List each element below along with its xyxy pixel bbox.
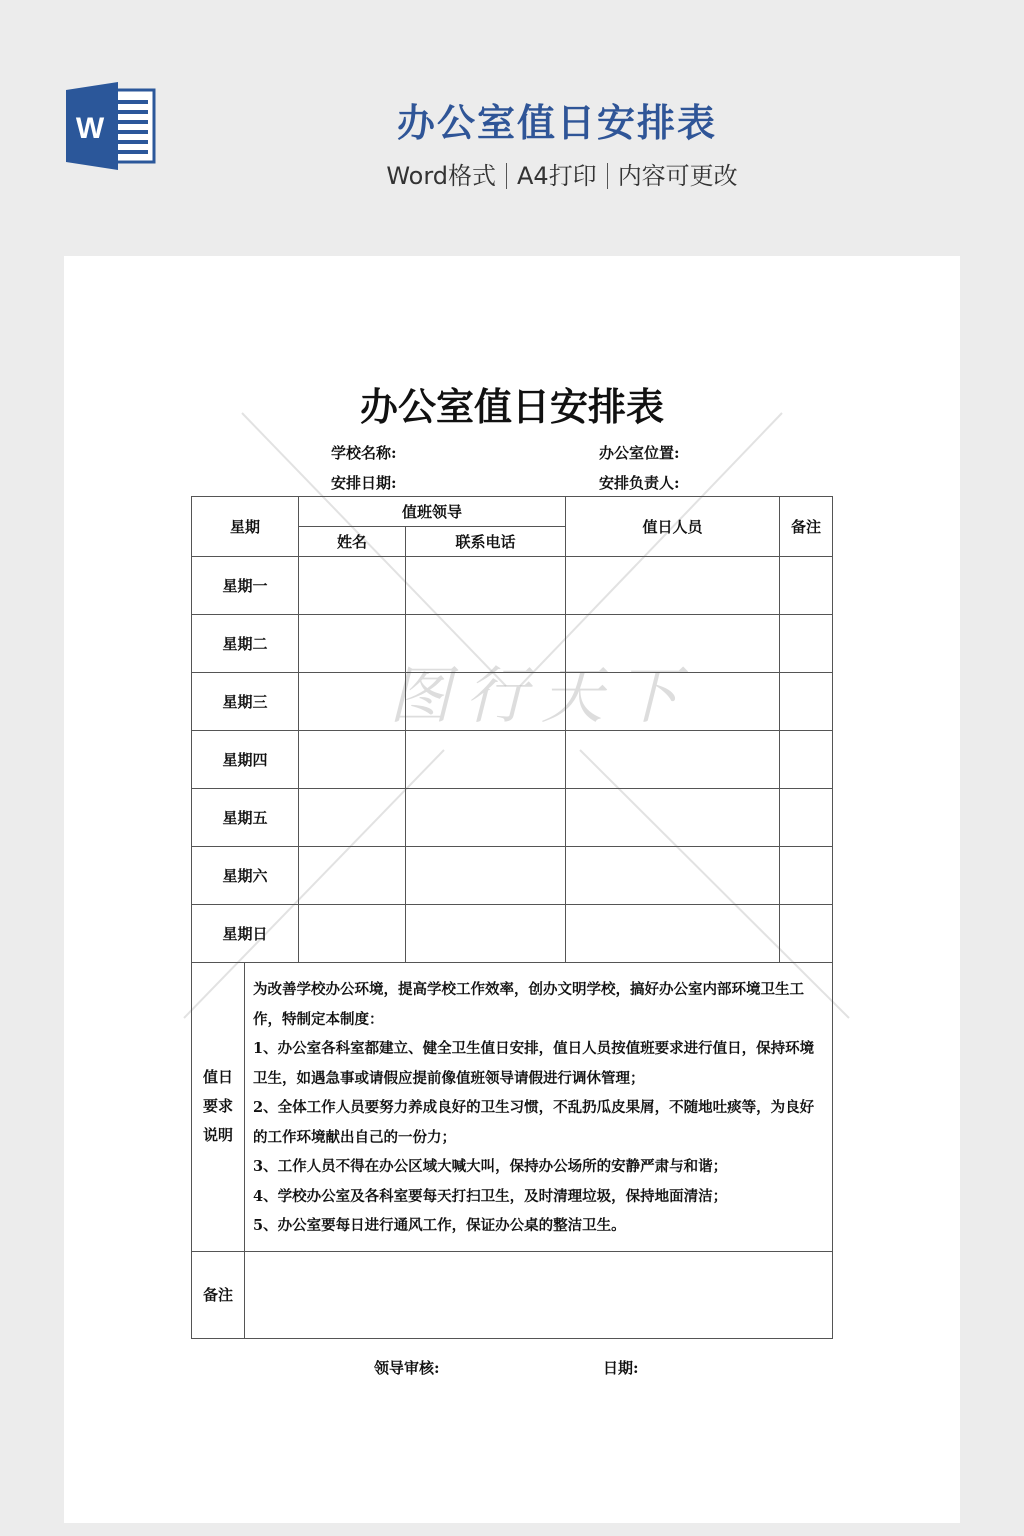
duty-staff-cell[interactable]: [566, 673, 780, 731]
leader-review-label: 领导审核:: [374, 1357, 440, 1378]
leader-phone-cell[interactable]: [406, 905, 566, 963]
remarks-cell[interactable]: [780, 905, 833, 963]
remarks-cell[interactable]: [780, 789, 833, 847]
school-name-label: 学校名称:: [331, 442, 397, 463]
table-row: 星期四: [192, 731, 833, 789]
duty-staff-cell[interactable]: [566, 789, 780, 847]
duty-staff-cell[interactable]: [566, 615, 780, 673]
subtitle-format: Word格式: [386, 162, 496, 190]
document-page: 图行天下 办公室值日安排表 学校名称: 办公室位置: 安排日期: 安排负责人: …: [64, 256, 960, 1523]
duty-staff-cell[interactable]: [566, 557, 780, 615]
weekday-cell: 星期二: [192, 615, 299, 673]
leader-phone-cell[interactable]: [406, 847, 566, 905]
weekday-cell: 星期四: [192, 731, 299, 789]
weekday-cell: 星期五: [192, 789, 299, 847]
leader-name-cell[interactable]: [299, 789, 406, 847]
leader-name-cell[interactable]: [299, 731, 406, 789]
leader-name-cell[interactable]: [299, 847, 406, 905]
duty-staff-cell[interactable]: [566, 847, 780, 905]
requirements-intro: 为改善学校办公环境，提高学校工作效率，创办文明学校，搞好办公室内部环境卫生工作，…: [253, 975, 826, 1034]
weekday-cell: 星期三: [192, 673, 299, 731]
header-name: 姓名: [299, 527, 406, 557]
leader-name-cell[interactable]: [299, 557, 406, 615]
requirement-item: 3、工作人员不得在办公区域大喊大叫，保持办公场所的安静严肃与和谐；: [253, 1152, 826, 1182]
header-duty-staff: 值日人员: [566, 497, 780, 557]
weekday-cell: 星期一: [192, 557, 299, 615]
leader-phone-cell[interactable]: [406, 789, 566, 847]
requirements-label-line: 值日: [192, 1063, 244, 1092]
requirements-body: 为改善学校办公环境，提高学校工作效率，创办文明学校，搞好办公室内部环境卫生工作，…: [245, 963, 833, 1252]
subtitle-print: A4打印: [517, 162, 597, 190]
table-row: 星期三: [192, 673, 833, 731]
banner-subtitle: Word格式A4打印内容可更改: [0, 156, 1024, 191]
table-row: 星期一: [192, 557, 833, 615]
weekday-cell: 星期六: [192, 847, 299, 905]
table-row: 星期五: [192, 789, 833, 847]
office-location-label: 办公室位置:: [599, 442, 680, 463]
remarks-label: 备注: [192, 1251, 245, 1338]
remarks-cell[interactable]: [780, 557, 833, 615]
remarks-cell[interactable]: [780, 673, 833, 731]
header-remarks: 备注: [780, 497, 833, 557]
requirements-label-line: 说明: [192, 1121, 244, 1150]
remarks-cell[interactable]: [780, 615, 833, 673]
duty-staff-cell[interactable]: [566, 731, 780, 789]
leader-name-cell[interactable]: [299, 905, 406, 963]
leader-phone-cell[interactable]: [406, 731, 566, 789]
leader-phone-cell[interactable]: [406, 673, 566, 731]
remarks-cell[interactable]: [780, 731, 833, 789]
header-duty-leader: 值班领导: [299, 497, 566, 527]
document-title: 办公室值日安排表: [64, 376, 960, 431]
table-row: 星期六: [192, 847, 833, 905]
table-row: 星期二: [192, 615, 833, 673]
duty-staff-cell[interactable]: [566, 905, 780, 963]
requirement-item: 2、全体工作人员要努力养成良好的卫生习惯，不乱扔瓜皮果屑，不随地吐痰等，为良好的…: [253, 1093, 826, 1152]
header-phone: 联系电话: [406, 527, 566, 557]
banner-title: 办公室值日安排表: [0, 92, 1024, 147]
remarks-value[interactable]: [245, 1251, 833, 1338]
date-label: 日期:: [603, 1357, 639, 1378]
weekday-cell: 星期日: [192, 905, 299, 963]
leader-name-cell[interactable]: [299, 673, 406, 731]
header-weekday: 星期: [192, 497, 299, 557]
leader-phone-cell[interactable]: [406, 557, 566, 615]
requirement-item: 1、办公室各科室都建立、健全卫生值日安排，值日人员按值班要求进行值日，保持环境卫…: [253, 1034, 826, 1093]
requirements-label-line: 要求: [192, 1092, 244, 1121]
separator: [607, 163, 608, 189]
requirements-label: 值日 要求 说明: [192, 963, 245, 1252]
duty-schedule-table: 星期 值班领导 值日人员 备注 姓名 联系电话 星期一 星期二 星期三: [191, 496, 833, 1339]
person-in-charge-label: 安排负责人:: [599, 472, 680, 493]
remarks-row: 备注: [192, 1251, 833, 1338]
requirements-row: 值日 要求 说明 为改善学校办公环境，提高学校工作效率，创办文明学校，搞好办公室…: [192, 963, 833, 1252]
requirement-item: 4、学校办公室及各科室要每天打扫卫生，及时清理垃圾，保持地面清洁；: [253, 1182, 826, 1212]
leader-phone-cell[interactable]: [406, 615, 566, 673]
table-row: 星期日: [192, 905, 833, 963]
schedule-date-label: 安排日期:: [331, 472, 397, 493]
subtitle-editable: 内容可更改: [618, 162, 738, 190]
requirement-item: 5、办公室要每日进行通风工作，保证办公桌的整洁卫生。: [253, 1211, 826, 1241]
remarks-cell[interactable]: [780, 847, 833, 905]
leader-name-cell[interactable]: [299, 615, 406, 673]
separator: [506, 163, 507, 189]
